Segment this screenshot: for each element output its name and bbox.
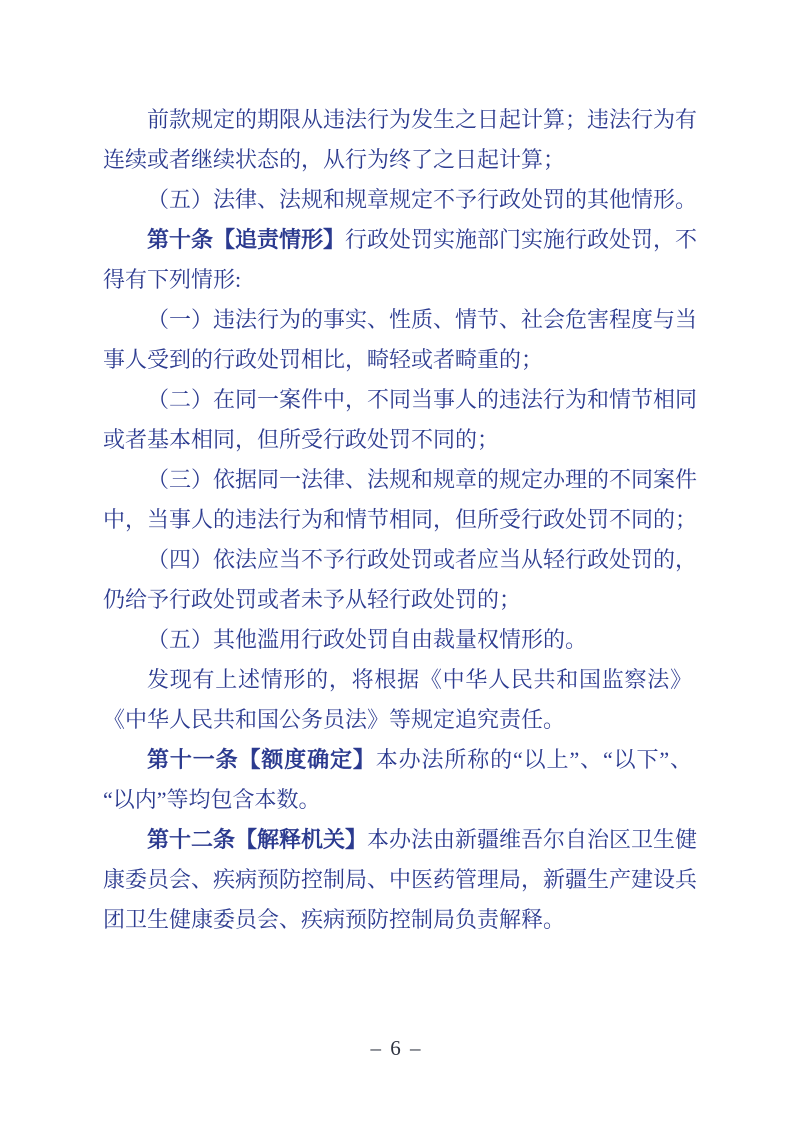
document-body: 前款规定的期限从违法行为发生之日起计算；违法行为有连续或者继续状态的，从行为终了… (103, 100, 692, 940)
text-line: 仍给予行政处罚或者未予从轻行政处罚的； (103, 580, 692, 620)
document-page: 前款规定的期限从违法行为发生之日起计算；违法行为有连续或者继续状态的，从行为终了… (0, 0, 793, 1122)
article-heading: 第十二条【解释机关】 (147, 827, 367, 852)
text-line: 或者基本相同，但所受行政处罚不同的； (103, 420, 692, 460)
text-line: 第十条【追责情形】行政处罚实施部门实施行政处罚，不 (103, 220, 692, 260)
text-line: （二）在同一案件中，不同当事人的违法行为和情节相同 (103, 380, 692, 420)
text-line: （三）依据同一法律、法规和规章的规定办理的不同案件 (103, 460, 692, 500)
text-line: （五）法律、法规和规章规定不予行政处罚的其他情形。 (103, 180, 692, 220)
article-heading: 第十一条【额度确定】 (147, 747, 376, 772)
text-line: （四）依法应当不予行政处罚或者应当从轻行政处罚的， (103, 540, 692, 580)
page-number: – 6 – (0, 1036, 793, 1061)
text-line: （五）其他滥用行政处罚自由裁量权情形的。 (103, 620, 692, 660)
text-line: 前款规定的期限从违法行为发生之日起计算；违法行为有 (103, 100, 692, 140)
text-line: （一）违法行为的事实、性质、情节、社会危害程度与当 (103, 300, 692, 340)
text-line: 事人受到的行政处罚相比，畸轻或者畸重的； (103, 340, 692, 380)
text-line: 中，当事人的违法行为和情节相同，但所受行政处罚不同的； (103, 500, 692, 540)
text-line: 《中华人民共和国公务员法》等规定追究责任。 (103, 700, 692, 740)
text-line: 第十二条【解释机关】本办法由新疆维吾尔自治区卫生健 (103, 820, 692, 860)
text-line: 发现有上述情形的，将根据《中华人民共和国监察法》 (103, 660, 692, 700)
text-line: 得有下列情形: (103, 260, 692, 300)
article-heading: 第十条【追责情形】 (147, 227, 345, 252)
text-line: 第十一条【额度确定】本办法所称的“以上”、“以下”、 (103, 740, 692, 780)
text-line: 团卫生健康委员会、疾病预防控制局负责解释。 (103, 900, 692, 940)
text-line: 康委员会、疾病预防控制局、中医药管理局，新疆生产建设兵 (103, 860, 692, 900)
text-line: “以内”等均包含本数。 (103, 780, 692, 820)
text-line: 连续或者继续状态的，从行为终了之日起计算； (103, 140, 692, 180)
